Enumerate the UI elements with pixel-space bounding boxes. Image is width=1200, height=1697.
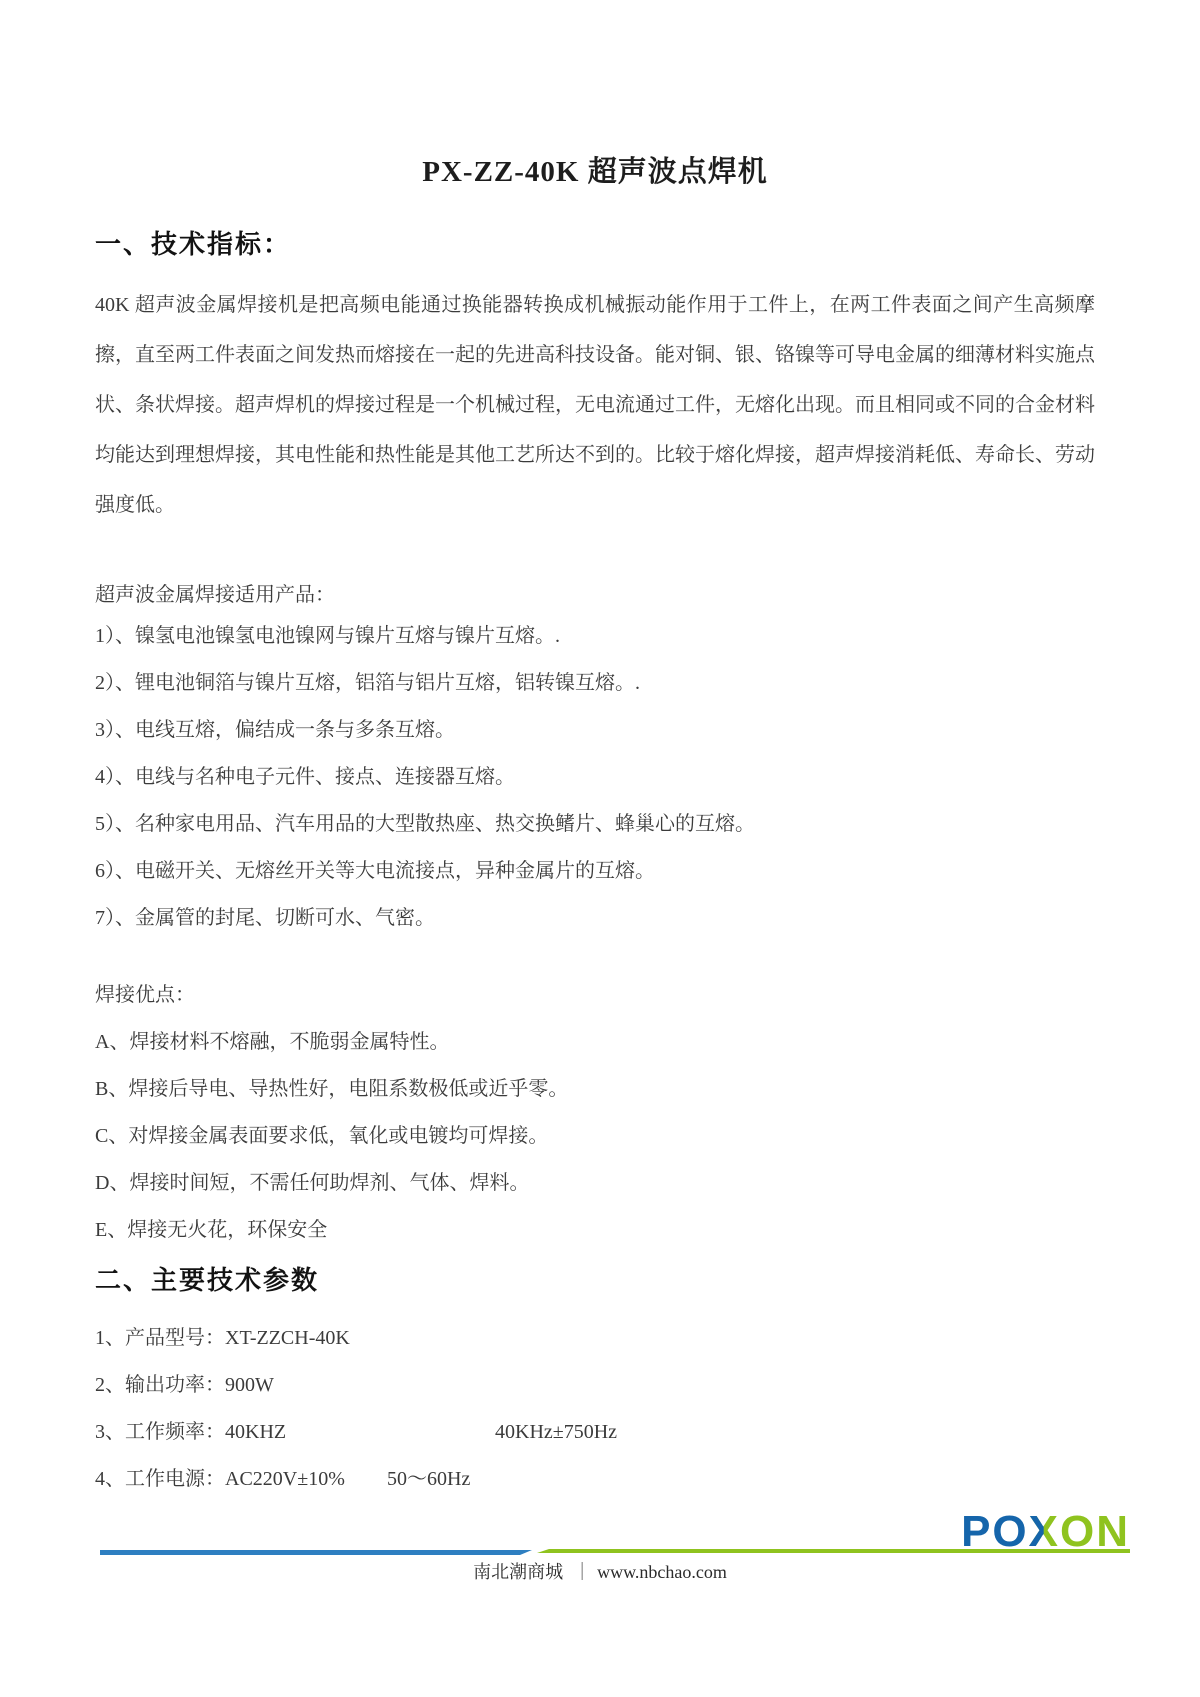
section1-heading: 一、技术指标： [95, 228, 1095, 262]
param-text: 4、工作电源：AC220V±10% [95, 1468, 345, 1490]
footer-rule [100, 1549, 1130, 1556]
advantages-label: 焊接优点： [95, 982, 1095, 1008]
footer-site-name: 南北潮商城 [473, 1562, 563, 1582]
param-extra: 40KHz±750Hz [495, 1419, 617, 1445]
list-item: D、焊接时间短，不需任何助焊剂、气体、焊料。 [95, 1170, 1095, 1196]
poxon-logo: POXXON [961, 1512, 1130, 1552]
intro-paragraph: 40K 超声波金属焊接机是把高频电能通过换能器转换成机械振动能作用于工件上，在两… [95, 280, 1095, 530]
advantages-list: A、焊接材料不熔融，不脆弱金属特性。 B、焊接后导电、导热性好，电阻系数极低或近… [95, 1029, 1095, 1243]
list-item: 7）、金属管的封尾、切断可水、气密。 [95, 905, 1095, 931]
page-title: PX-ZZ-40K 超声波点焊机 [95, 152, 1095, 192]
param-row: 2、输出功率：900W [95, 1372, 1095, 1398]
list-item: 6）、电磁开关、无熔丝开关等大电流接点，异种金属片的互熔。 [95, 858, 1095, 884]
products-list: 1）、镍氢电池镍氢电池镍网与镍片互熔与镍片互熔。. 2）、锂电池铜箔与镍片互熔，… [95, 623, 1095, 931]
param-text: 3、工作频率：40KHZ [95, 1421, 286, 1443]
list-item: E、焊接无火花，环保安全 [95, 1217, 1095, 1243]
param-extra: 50～60Hz [387, 1466, 470, 1492]
list-item: 3）、电线互熔，偏结成一条与多条互熔。 [95, 717, 1095, 743]
list-item: B、焊接后导电、导热性好，电阻系数极低或近乎零。 [95, 1076, 1095, 1102]
section2-heading: 二、主要技术参数 [95, 1264, 1095, 1298]
footer-url: www.nbchao.com [597, 1562, 727, 1582]
list-item: 4）、电线与名种电子元件、接点、连接器互熔。 [95, 764, 1095, 790]
footer-rule-green [537, 1549, 1130, 1553]
list-item: 5）、名种家电用品、汽车用品的大型散热座、热交换鳍片、蜂巢心的互熔。 [95, 811, 1095, 837]
list-item: 1）、镍氢电池镍氢电池镍网与镍片互熔与镍片互熔。. [95, 623, 1095, 649]
param-text: 1、产品型号：XT-ZZCH-40K [95, 1327, 350, 1349]
param-row: 4、工作电源：AC220V±10%50～60Hz [95, 1466, 1095, 1492]
param-row: 1、产品型号：XT-ZZCH-40K [95, 1325, 1095, 1351]
list-item: 2）、锂电池铜箔与镍片互熔，铝箔与铝片互熔，铝转镍互熔。. [95, 670, 1095, 696]
products-label: 超声波金属焊接适用产品： [95, 582, 1095, 608]
logo-x-letter: XX [1029, 1512, 1060, 1552]
document-page: PX-ZZ-40K 超声波点焊机 一、技术指标： 40K 超声波金属焊接机是把高… [0, 0, 1200, 1697]
list-item: C、对焊接金属表面要求低，氧化或电镀均可焊接。 [95, 1123, 1095, 1149]
params-list: 1、产品型号：XT-ZZCH-40K 2、输出功率：900W 3、工作频率：40… [95, 1325, 1095, 1492]
footer-divider: ｜ [573, 1562, 591, 1582]
list-item: A、焊接材料不熔融，不脆弱金属特性。 [95, 1029, 1095, 1055]
footer-rule-blue [100, 1550, 532, 1555]
footer-text: 南北潮商城｜www.nbchao.com [0, 1560, 1200, 1584]
param-row: 3、工作频率：40KHZ40KHz±750Hz [95, 1419, 1095, 1445]
param-text: 2、输出功率：900W [95, 1374, 274, 1396]
